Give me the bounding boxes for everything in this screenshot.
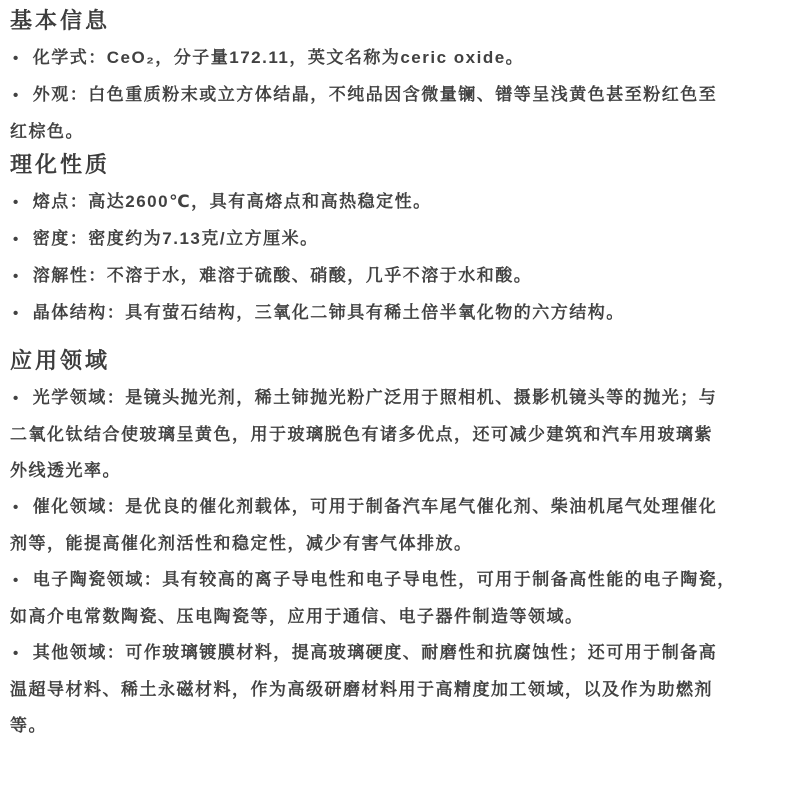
bullet-icon: •	[13, 563, 20, 599]
document: 基本信息 •化学式：CeO₂，分子量172.11，英文名称为ceric oxid…	[0, 0, 800, 744]
section-basic-info: 基本信息 •化学式：CeO₂，分子量172.11，英文名称为ceric oxid…	[10, 8, 790, 150]
list-item-solubility: •溶解性：不溶于水，难溶于硫酸、硝酸，几乎不溶于水和酸。	[10, 258, 790, 295]
bullet-icon: •	[13, 381, 20, 417]
list-item-optical-field: •光学领域：是镜头抛光剂，稀土铈抛光粉广泛用于照相机、摄影机镜头等的抛光；与 二…	[10, 380, 790, 489]
section-title-application-fields: 应用领域	[10, 348, 790, 374]
list-item-other-fields: •其他领域：可作玻璃镀膜材料，提高玻璃硬度、耐磨性和抗腐蚀性；还可用于制备高 温…	[10, 635, 790, 744]
bullet-icon: •	[13, 222, 20, 258]
bullet-icon: •	[13, 41, 20, 77]
list-item-text: 化学式：CeO₂，分子量172.11，英文名称为ceric oxide。	[33, 48, 524, 67]
list-item-text: 溶解性：不溶于水，难溶于硫酸、硝酸，几乎不溶于水和酸。	[33, 266, 533, 285]
list-item-electronic-ceramics-field: •电子陶瓷领域：具有较高的离子导电性和电子导电性，可用于制备高性能的电子陶瓷， …	[10, 562, 790, 635]
bullet-icon: •	[13, 636, 20, 672]
list-item-density: •密度：密度约为7.13克/立方厘米。	[10, 221, 790, 258]
list-item-text: 催化领域：是优良的催化剂载体，可用于制备汽车尾气催化剂、柴油机尾气处理催化 剂等…	[10, 497, 717, 553]
list-item-text: 晶体结构：具有萤石结构，三氧化二铈具有稀土倍半氧化物的六方结构。	[33, 303, 625, 322]
list-item-text: 外观：白色重质粉末或立方体结晶，不纯品因含微量镧、镨等呈浅黄色甚至粉红色至 红棕…	[10, 85, 717, 141]
bullet-icon: •	[13, 185, 20, 221]
list-item-text: 其他领域：可作玻璃镀膜材料，提高玻璃硬度、耐磨性和抗腐蚀性；还可用于制备高 温超…	[10, 643, 717, 735]
bullet-icon: •	[13, 78, 20, 114]
list-item-chemical-formula: •化学式：CeO₂，分子量172.11，英文名称为ceric oxide。	[10, 40, 790, 77]
list-item-text: 光学领域：是镜头抛光剂，稀土铈抛光粉广泛用于照相机、摄影机镜头等的抛光；与 二氧…	[10, 388, 717, 480]
list-item-appearance: •外观：白色重质粉末或立方体结晶，不纯品因含微量镧、镨等呈浅黄色甚至粉红色至 红…	[10, 77, 790, 150]
list-item-text: 密度：密度约为7.13克/立方厘米。	[33, 229, 319, 248]
list-item-catalysis-field: •催化领域：是优良的催化剂载体，可用于制备汽车尾气催化剂、柴油机尾气处理催化 剂…	[10, 489, 790, 562]
list-item-text: 电子陶瓷领域：具有较高的离子导电性和电子导电性，可用于制备高性能的电子陶瓷， 如…	[10, 570, 736, 626]
section-title-basic-info: 基本信息	[10, 8, 790, 34]
section-title-physchem-properties: 理化性质	[10, 152, 790, 178]
document-page: 基本信息 •化学式：CeO₂，分子量172.11，英文名称为ceric oxid…	[0, 0, 800, 800]
section-application-fields: 应用领域 •光学领域：是镜头抛光剂，稀土铈抛光粉广泛用于照相机、摄影机镜头等的抛…	[10, 348, 790, 744]
list-item-melting-point: •熔点：高达2600℃，具有高熔点和高热稳定性。	[10, 184, 790, 221]
list-item-crystal-structure: •晶体结构：具有萤石结构，三氧化二铈具有稀土倍半氧化物的六方结构。	[10, 295, 790, 332]
section-physchem-properties: 理化性质 •熔点：高达2600℃，具有高熔点和高热稳定性。 •密度：密度约为7.…	[10, 152, 790, 332]
bullet-icon: •	[13, 259, 20, 295]
bullet-icon: •	[13, 296, 20, 332]
bullet-icon: •	[13, 490, 20, 526]
list-item-text: 熔点：高达2600℃，具有高熔点和高热稳定性。	[33, 192, 432, 211]
